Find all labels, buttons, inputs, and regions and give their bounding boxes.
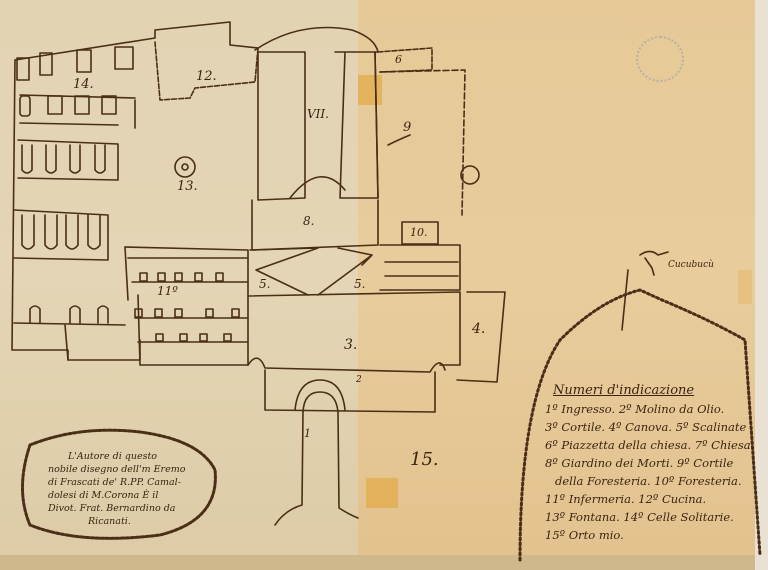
legend-title: Numeri d'indicazione: [553, 382, 768, 400]
cortile-3-walls: [248, 292, 460, 365]
infirmary-corridors: [128, 258, 248, 342]
author-line: L'Autore di questo: [68, 450, 208, 463]
cell-row-4-walls: [14, 210, 108, 260]
author-line: nobile disegno dell'm Eremo: [48, 463, 208, 476]
entrance-path-1: [275, 412, 358, 525]
author-line: dolesi di M.Corona È il: [48, 489, 208, 502]
author-line: Divot. Frat. Bernardino da: [48, 502, 208, 515]
infirmary-west-wall: [125, 247, 128, 300]
pointer-9: [388, 135, 410, 145]
well-circle: [461, 166, 479, 184]
legend-line: 1º Ingresso. 2º Molino da Olio.: [545, 400, 768, 418]
cell-row-2: [20, 96, 116, 116]
label-5-scalinata-left: 5.: [259, 278, 270, 290]
fountain-13: [175, 157, 195, 177]
church-nave-left: [258, 52, 305, 200]
label-5-scalinata-right: 5.: [354, 278, 365, 290]
label-10-foresteria: 10.: [410, 227, 428, 238]
church-nave-right: [335, 52, 378, 198]
cell-row-3: [22, 145, 105, 173]
infirmary-11-walls: [125, 247, 248, 365]
mill-2: [265, 370, 435, 412]
legend-key: Numeri d'indicazione 1º Ingresso. 2º Mol…: [545, 382, 768, 544]
legend-line: 6º Piazzetta della chiesa. 7º Chiesa.: [545, 436, 768, 454]
label-8-giardino: 8.: [303, 215, 314, 227]
cell-row-5: [30, 306, 108, 323]
tree-stem: [622, 270, 628, 330]
cortile-3-south-wall: [248, 358, 445, 372]
label-11-infermeria: 11º: [157, 285, 178, 297]
room-6: [378, 48, 432, 72]
cell-row-3-walls: [18, 140, 118, 180]
cell-row-1: [17, 47, 133, 80]
label-2-molino: 2: [356, 376, 362, 385]
church-arch: [290, 177, 345, 198]
entrance-arch-inner: [303, 392, 338, 412]
author-note: L'Autore di questo nobile disegno dell'm…: [48, 450, 208, 528]
legend-line: della Foresteria. 10º Foresteria.: [555, 472, 768, 490]
legend-line: 15º Orto mio.: [545, 526, 768, 544]
label-12-cucina: 12.: [196, 70, 217, 83]
bird-drawing: [640, 252, 668, 276]
canova-4: [457, 292, 505, 382]
infirmary-cells: [135, 273, 239, 341]
church-apse: [255, 28, 378, 53]
label-9-cortile-foresteria: 9: [403, 121, 411, 134]
author-line: di Frascati de' R.PP. Camal-: [48, 476, 208, 489]
label-14-celle: 14.: [73, 78, 94, 91]
legend-line: 13º Fontana. 14º Celle Solitarie.: [545, 508, 768, 526]
cell-walls-14: [20, 95, 135, 128]
garden-8: [252, 200, 378, 250]
label-13-fontana: 13.: [177, 180, 198, 193]
author-line: Ricanati.: [88, 515, 208, 528]
legend-line: 8º Giardino dei Morti. 9º Cortile: [545, 454, 768, 472]
courtyard-9-west-wall: [375, 52, 378, 198]
label-3-cortile: 3.: [344, 338, 357, 352]
bird-label: Cucubucù: [668, 261, 714, 270]
cell-row-4: [22, 215, 100, 249]
legend-line: 3º Cortile. 4º Canova. 5º Scalinate: [545, 418, 768, 436]
foresteria-block: [380, 245, 460, 290]
legend-line: 11º Infermeria. 12º Cucina.: [545, 490, 768, 508]
label-4-canova: 4.: [472, 322, 485, 336]
label-6-piazzetta: 6: [395, 54, 402, 65]
label-15-orto: 15.: [410, 451, 439, 469]
label-7-chiesa: VII.: [307, 108, 329, 120]
label-1-ingresso: 1: [304, 428, 311, 439]
lower-west-walls: [14, 323, 125, 360]
foresteria-walls: [385, 262, 458, 276]
west-wing-outer-wall: [12, 60, 140, 360]
